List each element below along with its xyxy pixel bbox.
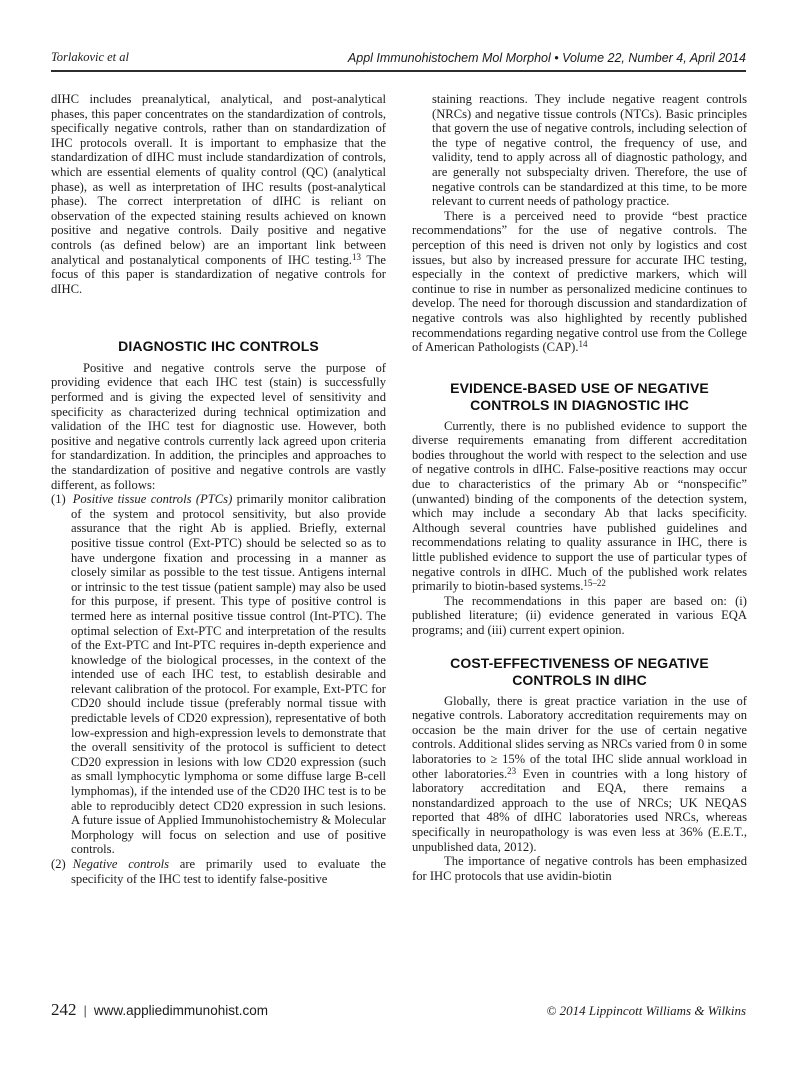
paragraph-staining-continued: staining reactions. They include negativ… xyxy=(412,92,747,209)
list-item-text: Positive tissue controls (PTCs) primaril… xyxy=(71,492,386,856)
section-heading-cost-effectiveness: COST-EFFECTIVENESS OF NEGATIVE CONTROLS … xyxy=(412,655,747,690)
list-item-2: (2)Negative controls are primarily used … xyxy=(51,857,386,886)
list-item-number: (2) xyxy=(51,857,66,871)
page-number: 242 xyxy=(51,1000,77,1020)
paragraph-currently-no-evidence: Currently, there is no published evidenc… xyxy=(412,419,747,594)
journal-url: www.appliedimmunohist.com xyxy=(94,1003,268,1018)
paragraph-intro-continued: dIHC includes preanalytical, analytical,… xyxy=(51,92,386,296)
paragraph-recommendations-basis: The recommendations in this paper are ba… xyxy=(412,594,747,638)
paragraph-global-variation: Globally, there is great practice variat… xyxy=(412,694,747,855)
column-left: dIHC includes preanalytical, analytical,… xyxy=(51,92,386,886)
section-heading-diagnostic-ihc-controls: DIAGNOSTIC IHC CONTROLS xyxy=(51,338,386,356)
list-item-number: (1) xyxy=(51,492,66,506)
journal-page: Torlakovic et al Appl Immunohistochem Mo… xyxy=(0,0,800,1071)
footer-left: 242 | www.appliedimmunohist.com xyxy=(51,1000,268,1020)
paragraph-controls-purpose: Positive and negative controls serve the… xyxy=(51,361,386,492)
footer-separator: | xyxy=(84,1003,87,1018)
section-heading-evidence-based-use: EVIDENCE-BASED USE OF NEGATIVE CONTROLS … xyxy=(412,380,747,415)
copyright-notice: © 2014 Lippincott Williams & Wilkins xyxy=(547,1003,746,1019)
page-body: dIHC includes preanalytical, analytical,… xyxy=(51,92,746,886)
journal-citation: Appl Immunohistochem Mol Morphol • Volum… xyxy=(348,51,746,65)
running-header: Torlakovic et al Appl Immunohistochem Mo… xyxy=(51,50,746,72)
list-item-1: (1)Positive tissue controls (PTCs) prima… xyxy=(51,492,386,857)
column-right: staining reactions. They include negativ… xyxy=(412,92,747,886)
paragraph-importance-negative-controls: The importance of negative controls has … xyxy=(412,854,747,883)
paragraph-perceived-need: There is a perceived need to provide “be… xyxy=(412,209,747,355)
running-author: Torlakovic et al xyxy=(51,50,129,65)
page-footer: 242 | www.appliedimmunohist.com © 2014 L… xyxy=(51,1000,746,1020)
list-item-text: Negative controls are primarily used to … xyxy=(71,857,386,886)
